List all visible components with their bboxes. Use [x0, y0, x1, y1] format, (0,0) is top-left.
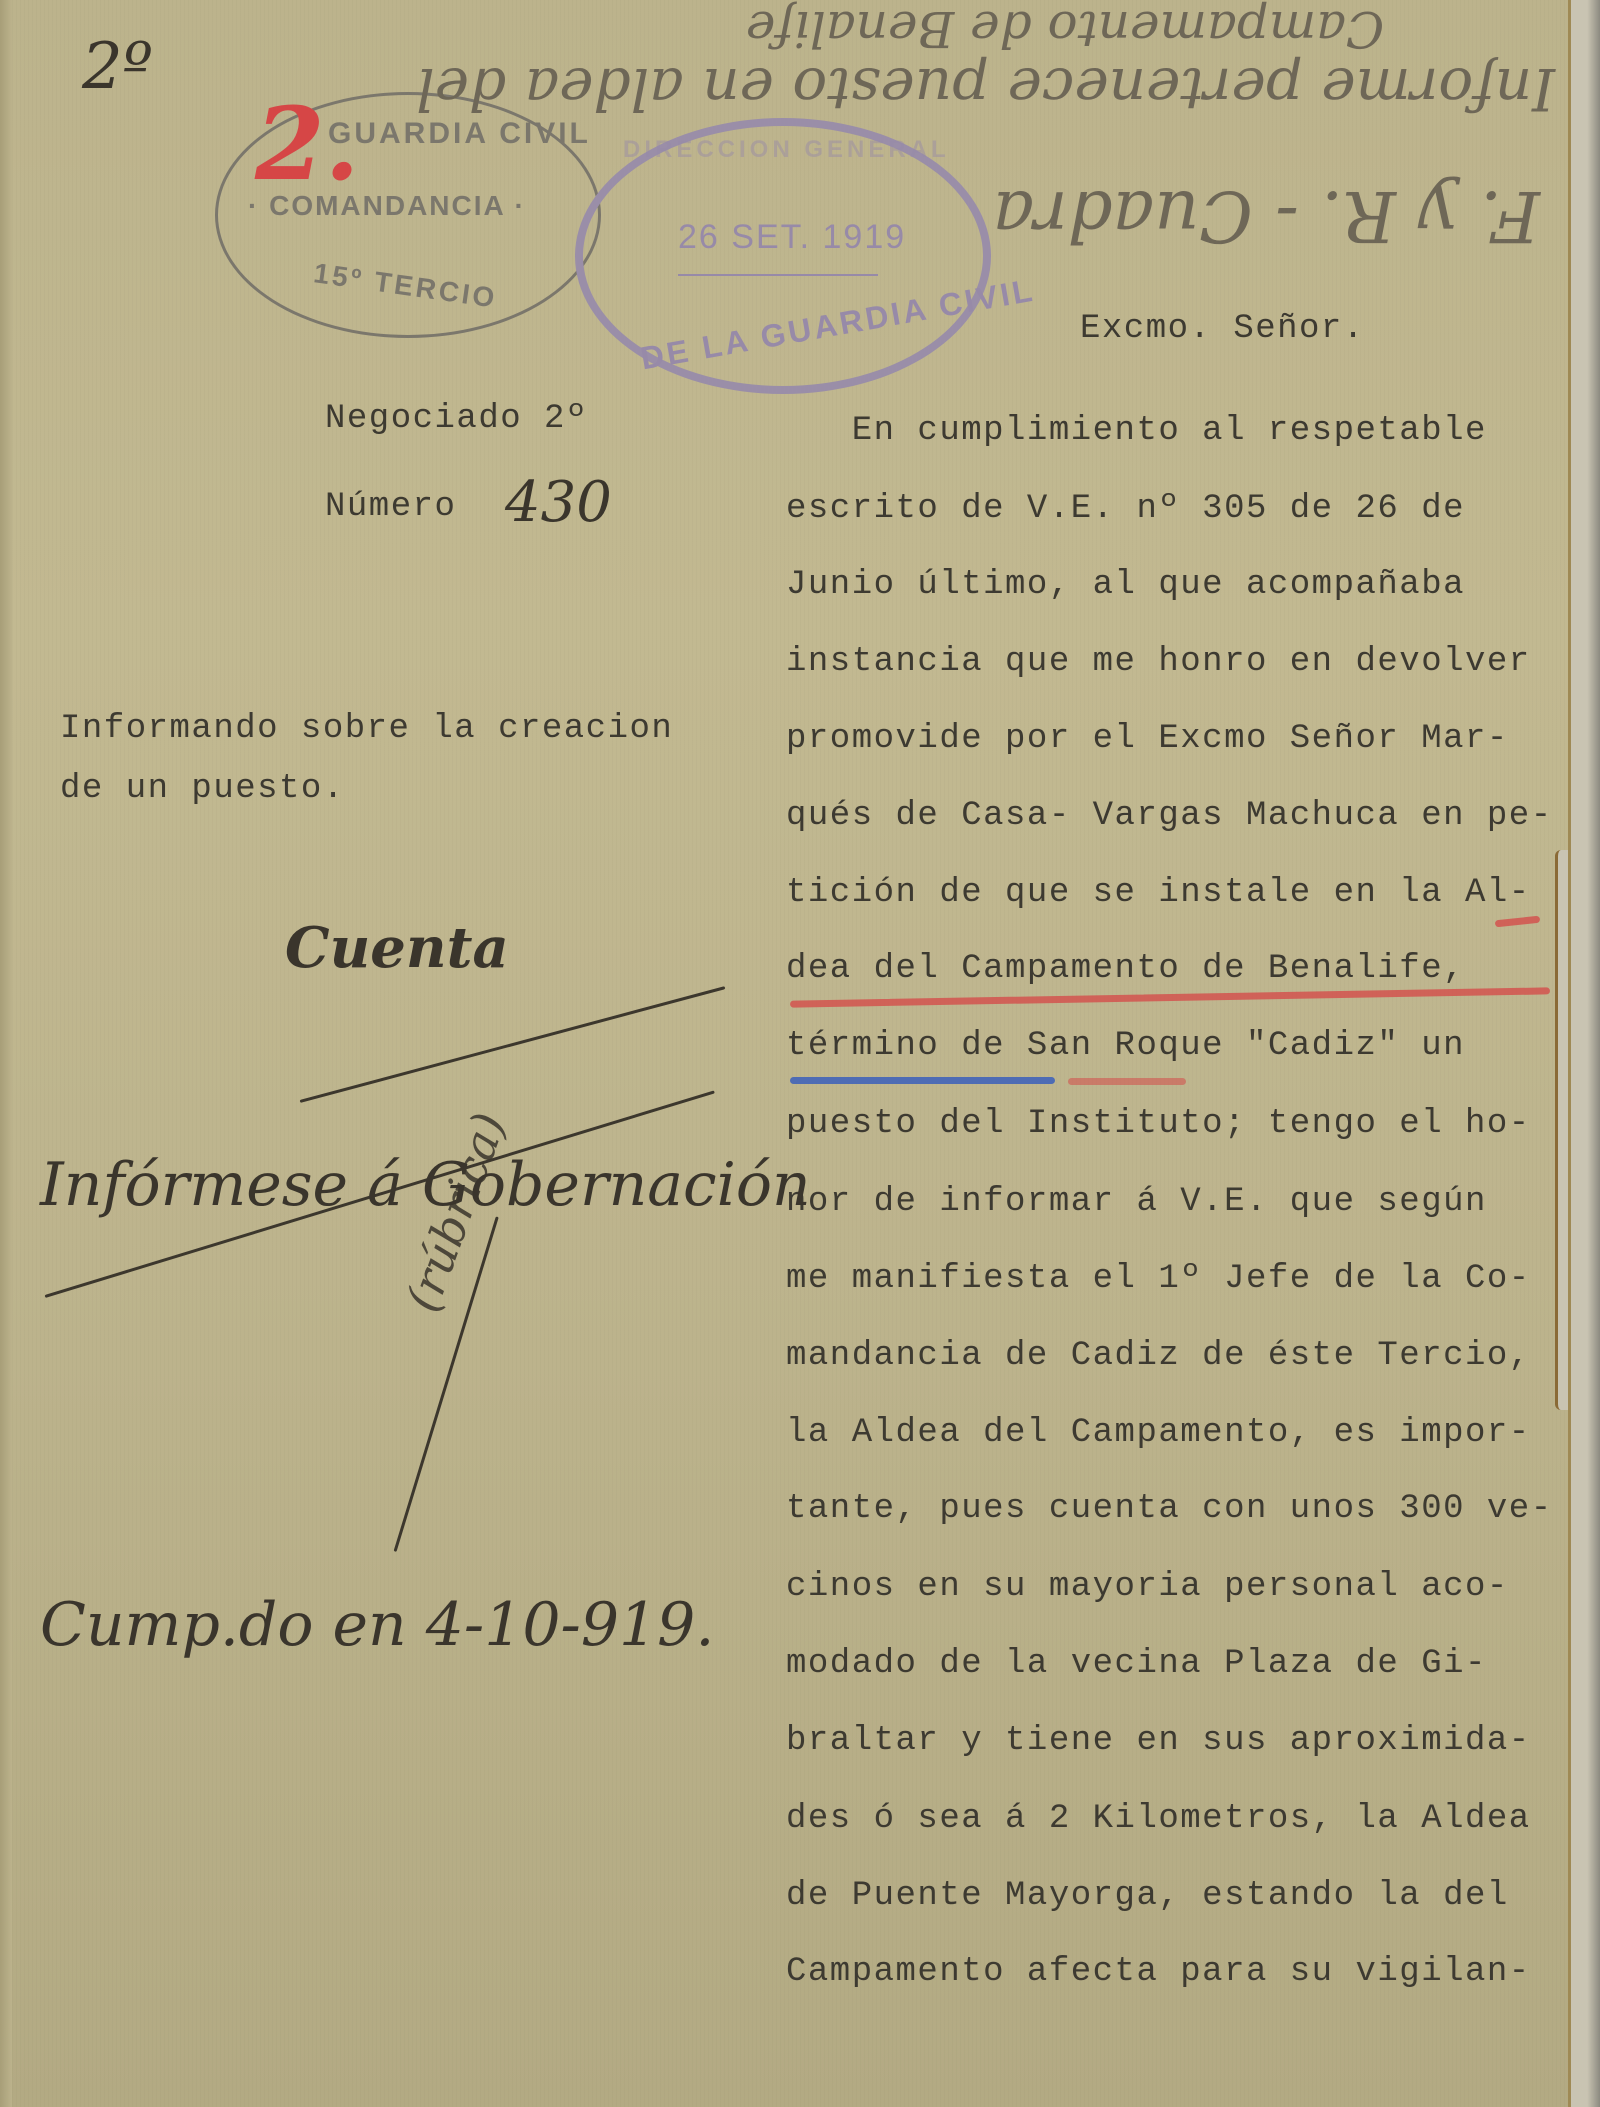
handwritten-cumplido-date: Cump.do en 4-10-919.: [40, 1590, 714, 1660]
body-line: nor de informar á V.E. que según: [786, 1183, 1487, 1221]
body-line: cinos en su mayoria personal aco-: [786, 1568, 1509, 1606]
stamp-left-bottom-text: 15º TERCIO: [312, 257, 500, 314]
page-right-edge: [1568, 0, 1600, 2107]
body-line: Junio último, al que acompañaba: [786, 566, 1465, 604]
numero-value: 430: [505, 470, 612, 535]
salutation: Excmo. Señor.: [1080, 310, 1365, 348]
body-line: instancia que me honro en devolver: [786, 643, 1531, 681]
body-line: tición de que se instale en la Al-: [786, 874, 1531, 912]
stamp-date-rule: [678, 274, 878, 276]
stamp-right-top-text: DIRECCION GENERAL: [623, 136, 950, 164]
upside-down-signature: F. y R. - Cuadra: [1060, 175, 1540, 257]
body-line: Campamento afecta para su vigilan-: [786, 1953, 1531, 1991]
red-pencil-underline: [1495, 916, 1540, 928]
body-line: des ó sea á 2 Kilometros, la Aldea: [786, 1800, 1531, 1838]
upside-down-note-line1: Informe pertenece puesto en aldea del: [575, 55, 1555, 123]
body-line: promovide por el Excmo Señor Mar-: [786, 720, 1509, 758]
stamp-right-date: 26 SET. 1919: [678, 218, 906, 257]
red-pencil-underline: [1068, 1078, 1186, 1085]
body-line: qués de Casa- Vargas Machuca en pe-: [786, 797, 1553, 835]
body-line: mandancia de Cadiz de éste Tercio,: [786, 1337, 1531, 1375]
blue-pencil-underline: [790, 1077, 1055, 1084]
page-left-edge: [0, 0, 12, 2107]
handwritten-cuenta: Cuenta: [285, 915, 509, 981]
body-line: modado de la vecina Plaza de Gi-: [786, 1645, 1487, 1683]
negociado-label: Negociado 2º: [325, 400, 588, 438]
document-page: 2º GUARDIA CIVIL · COMANDANCIA · 15º TER…: [0, 0, 1572, 2107]
flourish-stroke: [300, 986, 726, 1103]
red-pencil-underline: [790, 987, 1550, 1007]
body-line: tante, pues cuenta con unos 300 ve-: [786, 1490, 1553, 1528]
subject-line-1: Informando sobre la creacion: [60, 710, 673, 748]
body-line: puesto del Instituto; tengo el ho-: [786, 1105, 1531, 1143]
stamp-right-bottom-text: DE LA GUARDIA CIVIL: [638, 272, 1038, 378]
body-line: de Puente Mayorga, estando la del: [786, 1877, 1509, 1915]
body-line: escrito de V.E. nº 305 de 26 de: [786, 490, 1465, 528]
body-line: braltar y tiene en sus aproximida-: [786, 1722, 1531, 1760]
upside-down-note-line2: Campamento de Benalife: [585, 0, 1545, 58]
body-line: me manifiesta el 1º Jefe de la Co-: [786, 1260, 1531, 1298]
direccion-general-stamp: DIRECCION GENERAL 26 SET. 1919 DE LA GUA…: [575, 118, 991, 394]
body-line: dea del Campamento de Benalife,: [786, 950, 1465, 988]
handwritten-informese: Infórmese á Gobernación: [40, 1150, 811, 1220]
body-line: En cumplimiento al respetable: [786, 412, 1487, 450]
red-pencil-number: 2.: [255, 85, 359, 203]
body-line: término de San Roque "Cadiz" un: [786, 1027, 1465, 1065]
subject-line-2: de un puesto.: [60, 770, 345, 808]
numero-label: Número: [325, 488, 456, 526]
body-line: la Aldea del Campamento, es impor-: [786, 1414, 1531, 1452]
page-marker: 2º: [82, 30, 153, 104]
